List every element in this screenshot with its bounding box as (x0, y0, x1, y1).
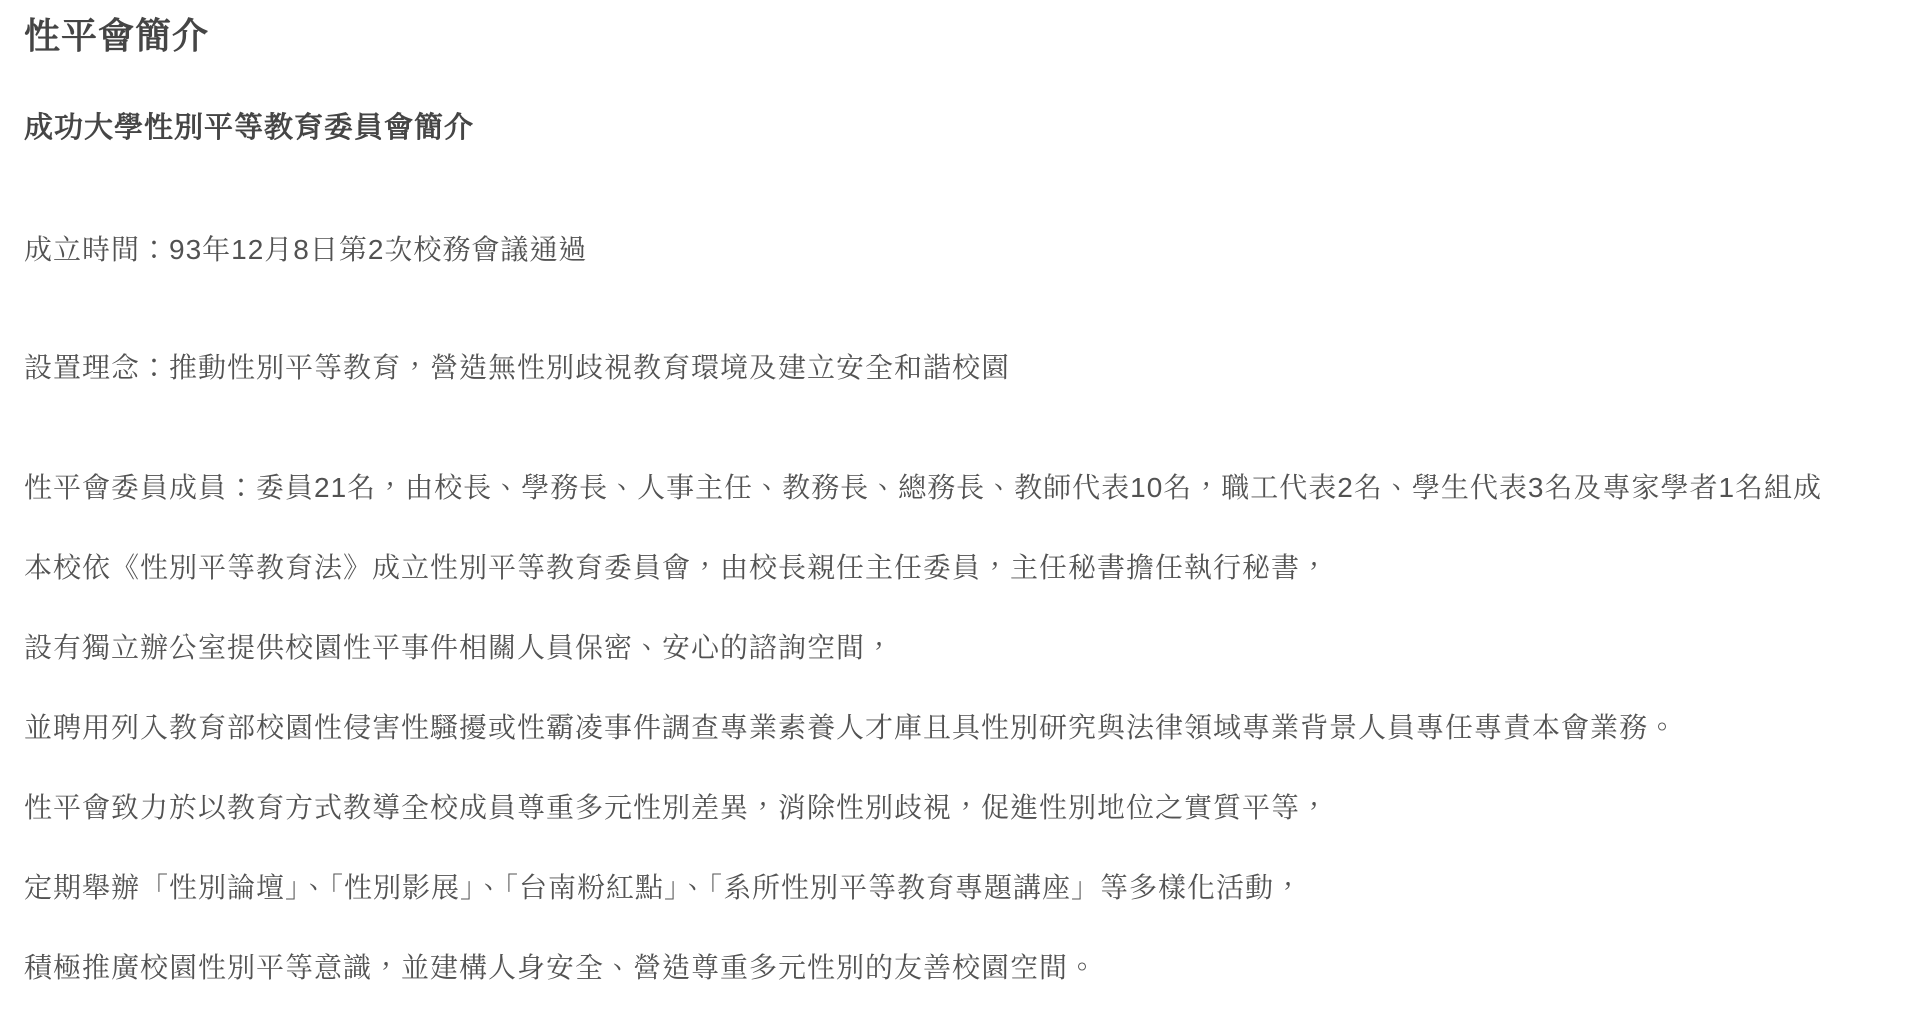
page-title: 性平會簡介 (24, 14, 1892, 58)
paragraph-line: 並聘用列入教育部校園性侵害性騷擾或性霸凌事件調查專業素養人才庫且具性別研究與法律… (24, 688, 1892, 768)
paragraph-line: 性平會致力於以教育方式教導全校成員尊重多元性別差異，消除性別歧視，促進性別地位之… (24, 768, 1892, 848)
committee-description: 性平會委員成員：委員21名，由校長、學務長、人事主任、教務長、總務長、教師代表1… (24, 448, 1892, 1008)
paragraph-line: 設有獨立辦公室提供校園性平事件相關人員保密、安心的諮詢空間， (24, 608, 1892, 688)
founding-principle-line: 設置理念：推動性別平等教育，營造無性別歧視教育環境及建立安全和諧校園 (24, 350, 1892, 386)
content-area: 性平會簡介 成功大學性別平等教育委員會簡介 成立時間：93年12月8日第2次校務… (0, 0, 1920, 1010)
page-subtitle: 成功大學性別平等教育委員會簡介 (24, 110, 1892, 146)
paragraph-line: 本校依《性別平等教育法》成立性別平等教育委員會，由校長親任主任委員，主任秘書擔任… (24, 528, 1892, 608)
paragraph-line: 積極推廣校園性別平等意識，並建構人身安全、營造尊重多元性別的友善校園空間。 (24, 928, 1892, 1008)
paragraph-line: 性平會委員成員：委員21名，由校長、學務長、人事主任、教務長、總務長、教師代表1… (24, 448, 1892, 528)
paragraph-line: 定期舉辦「性別論壇」、「性別影展」、「台南粉紅點」、「系所性別平等教育專題講座」… (24, 848, 1892, 928)
established-date-line: 成立時間：93年12月8日第2次校務會議通過 (24, 232, 1892, 268)
